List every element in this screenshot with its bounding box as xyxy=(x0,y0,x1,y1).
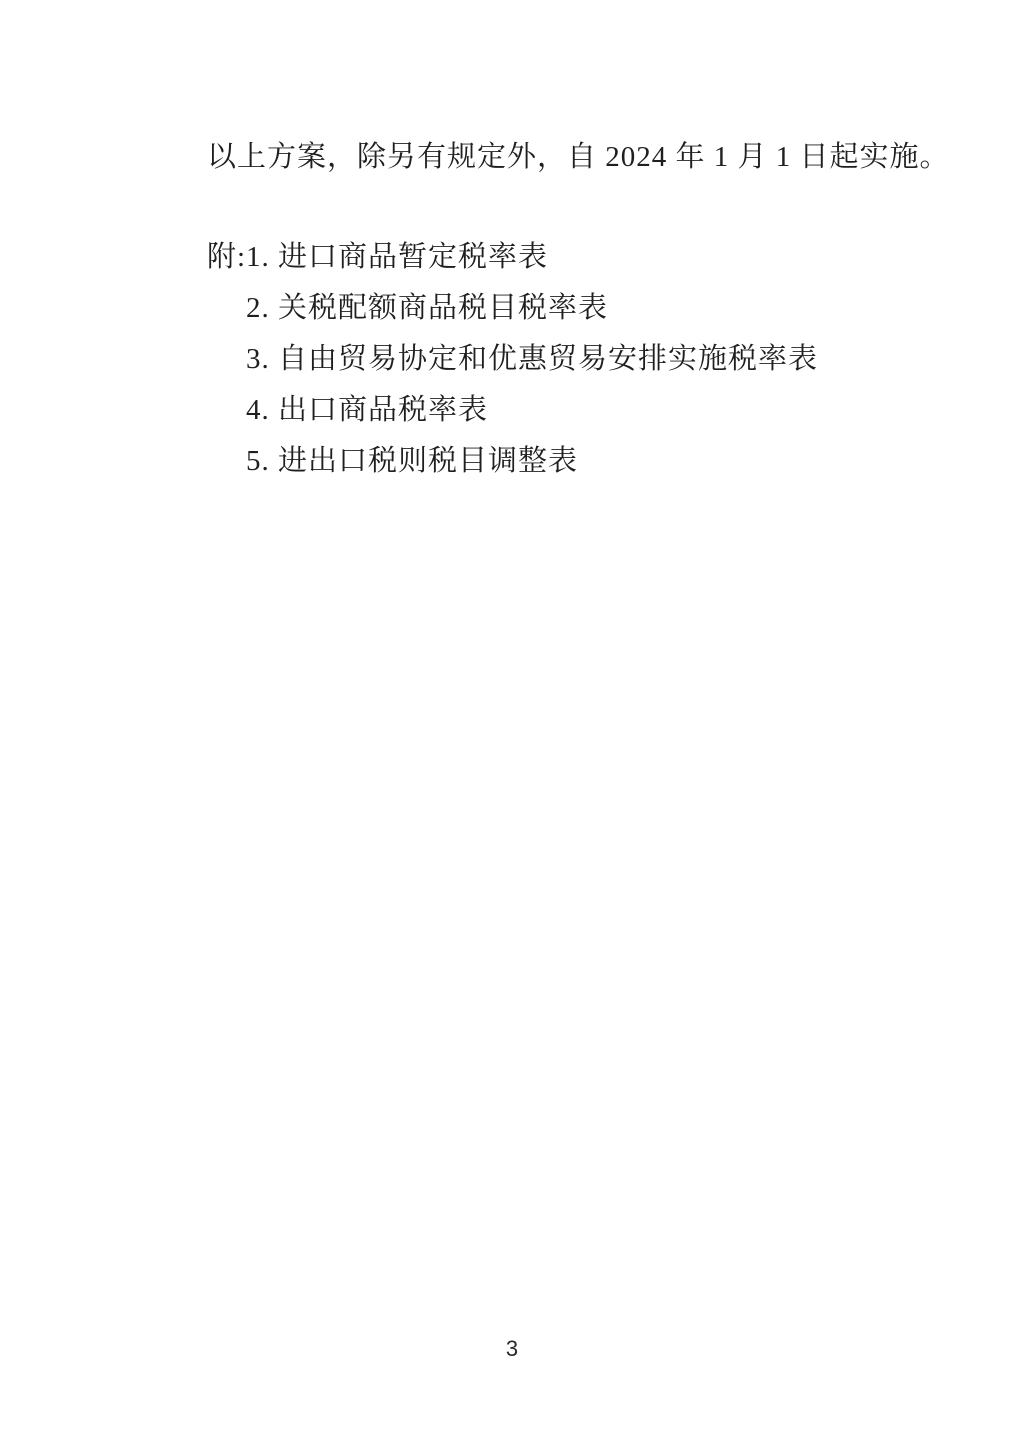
document-page: 以上方案，除另有规定外，自 2024 年 1 月 1 日起实施。 附: 1. 进… xyxy=(0,0,1024,1448)
attachment-item-1: 1. 进口商品暂定税率表 xyxy=(246,232,818,283)
attachment-list: 1. 进口商品暂定税率表 2. 关税配额商品税目税率表 3. 自由贸易协定和优惠… xyxy=(246,232,818,487)
implementation-paragraph: 以上方案，除另有规定外，自 2024 年 1 月 1 日起实施。 xyxy=(207,138,950,176)
attachment-section: 附: 1. 进口商品暂定税率表 2. 关税配额商品税目税率表 3. 自由贸易协定… xyxy=(207,232,818,487)
page-number: 3 xyxy=(0,1336,1024,1362)
attachment-row: 附: 1. 进口商品暂定税率表 2. 关税配额商品税目税率表 3. 自由贸易协定… xyxy=(207,232,818,487)
attachment-label: 附: xyxy=(207,232,246,283)
attachment-item-5: 5. 进出口税则税目调整表 xyxy=(246,436,818,487)
attachment-item-2: 2. 关税配额商品税目税率表 xyxy=(246,283,818,334)
attachment-item-4: 4. 出口商品税率表 xyxy=(246,385,818,436)
attachment-item-3: 3. 自由贸易协定和优惠贸易安排实施税率表 xyxy=(246,334,818,385)
